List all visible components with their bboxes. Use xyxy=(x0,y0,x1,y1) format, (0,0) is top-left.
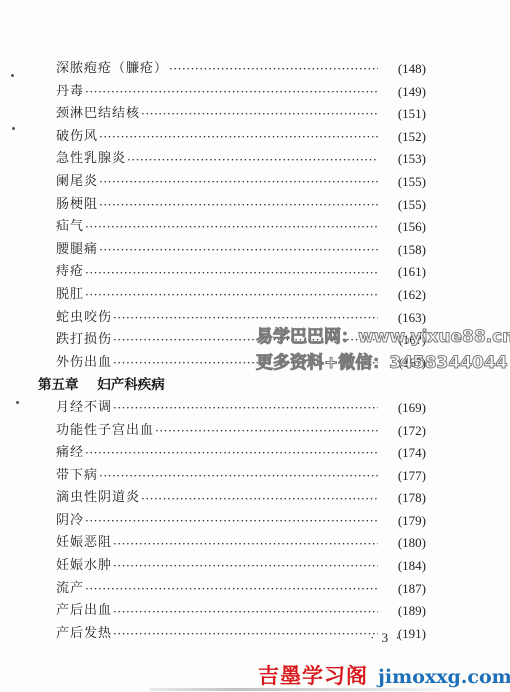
toc-entry-page: (152) xyxy=(382,126,426,149)
toc-entry-title: 破伤风 xyxy=(56,126,98,149)
dot-leader xyxy=(85,510,378,532)
toc-entry-title: 滴虫性阴道炎 xyxy=(56,487,140,510)
toc-entry-title: 急性乳腺炎 xyxy=(56,148,126,171)
toc-entry-page: (174) xyxy=(382,442,426,465)
dot-leader xyxy=(99,171,378,193)
toc-entry[interactable]: 阑尾炎 (155) xyxy=(56,171,426,194)
toc-entry-title: 阑尾炎 xyxy=(56,171,98,194)
toc-entry[interactable]: 疝气 (156) xyxy=(56,216,426,239)
toc-entry-page: (178) xyxy=(382,487,426,510)
toc-entry[interactable]: 带下病 (177) xyxy=(56,465,426,488)
toc-entry-title: 妊娠水肿 xyxy=(56,555,112,578)
dot-leader xyxy=(85,578,378,600)
toc-entry[interactable]: 肠梗阻 (155) xyxy=(56,194,426,217)
toc-entry-page: (156) xyxy=(382,216,426,239)
toc-entry[interactable]: 深脓疱疮（臁疮） (148) xyxy=(56,58,426,81)
dot-leader xyxy=(99,126,378,148)
toc-entry-page: (169) xyxy=(382,397,426,420)
watermark-line-1: 易学巴巴网：www.yixue88.cn xyxy=(256,322,510,347)
toc-entry-title: 腰腿痛 xyxy=(56,239,98,262)
toc-entry-page: (179) xyxy=(382,510,426,533)
dot-leader xyxy=(113,623,378,645)
toc-entry[interactable]: 痛经 (174) xyxy=(56,442,426,465)
toc-entry-page: (151) xyxy=(382,103,426,126)
dot-leader xyxy=(85,216,378,238)
dot-leader xyxy=(85,442,378,464)
dot-leader xyxy=(99,194,378,216)
toc-entry[interactable]: 急性乳腺炎 (153) xyxy=(56,148,426,171)
toc-entry-title: 颈淋巴结结核 xyxy=(56,103,140,126)
scan-speck xyxy=(11,74,14,77)
toc-entry-title: 蛇虫咬伤 xyxy=(56,307,112,330)
brand-watermark: 吉墨学习阁 jimoxxg.com xyxy=(258,660,510,690)
toc-entry[interactable]: 流产 (187) xyxy=(56,578,426,601)
toc-entry-title: 跌打损伤 xyxy=(56,329,112,352)
toc-entry[interactable]: 颈淋巴结结核 (151) xyxy=(56,103,426,126)
brand-url: jimoxxg.com xyxy=(378,666,510,688)
toc-entry[interactable]: 脱肛 (162) xyxy=(56,284,426,307)
toc-entry-title: 产后发热 xyxy=(56,623,112,646)
dot-leader xyxy=(85,262,378,284)
toc-entry[interactable]: 阴冷 (179) xyxy=(56,510,426,533)
dot-leader xyxy=(113,397,378,419)
toc-entry-page: (177) xyxy=(382,465,426,488)
brand-name: 吉墨学习阁 xyxy=(258,660,368,690)
document-page: 深脓疱疮（臁疮） (148) 丹毒 (149) 颈淋巴结结核 (151) 破伤风… xyxy=(0,0,510,692)
dot-leader xyxy=(99,465,378,487)
toc-entry[interactable]: 腰腿痛 (158) xyxy=(56,239,426,262)
toc-entry-page: (162) xyxy=(382,284,426,307)
toc-entry-title: 流产 xyxy=(56,578,84,601)
watermark-line-2: 更多资料+微信：3458344044 xyxy=(256,348,508,373)
toc-entry-title: 阴冷 xyxy=(56,510,84,533)
toc-entry-page: (155) xyxy=(382,194,426,217)
chapter-heading[interactable]: 第五章 妇产科疾病 xyxy=(38,374,426,397)
toc-entry-page: (180) xyxy=(382,532,426,555)
toc-entry[interactable]: 妊娠恶阻 (180) xyxy=(56,532,426,555)
toc-entry-title: 痛经 xyxy=(56,442,84,465)
toc-entry[interactable]: 功能性子宫出血 (172) xyxy=(56,420,426,443)
toc-entry-title: 外伤出血 xyxy=(56,352,112,375)
toc-entry-title: 月经不调 xyxy=(56,397,112,420)
dot-leader xyxy=(155,420,378,442)
dot-leader xyxy=(113,555,378,577)
dot-leader xyxy=(85,284,378,306)
toc-entry-page: (155) xyxy=(382,171,426,194)
toc-entry[interactable]: 痔疮 (161) xyxy=(56,261,426,284)
dot-leader xyxy=(141,488,378,510)
toc-entry-page: (184) xyxy=(382,555,426,578)
dot-leader xyxy=(85,81,378,103)
toc-entry-title: 痔疮 xyxy=(56,261,84,284)
toc-entry-title: 妊娠恶阻 xyxy=(56,532,112,555)
toc-entry[interactable]: 破伤风 (152) xyxy=(56,126,426,149)
dot-leader xyxy=(141,103,378,125)
scan-speck xyxy=(12,127,15,130)
toc-entry-title: 疝气 xyxy=(56,216,84,239)
toc-entry-title: 产后出血 xyxy=(56,600,112,623)
chapter-number: 第五章 xyxy=(38,377,79,393)
dot-leader xyxy=(113,601,378,623)
toc-entry[interactable]: 产后出血 (189) xyxy=(56,600,426,623)
toc-entry-page: (187) xyxy=(382,578,426,601)
toc-entry-title: 带下病 xyxy=(56,465,98,488)
toc-entry[interactable]: 丹毒 (149) xyxy=(56,81,426,104)
toc-entry-page: (153) xyxy=(382,148,426,171)
toc-entry-title: 深脓疱疮（臁疮） xyxy=(56,58,168,81)
toc-entry-title: 功能性子宫出血 xyxy=(56,420,154,443)
toc-entry-title: 丹毒 xyxy=(56,81,84,104)
toc-entry[interactable]: 滴虫性阴道炎 (178) xyxy=(56,487,426,510)
toc-entry-title: 脱肛 xyxy=(56,284,84,307)
page-number: · 3 · xyxy=(370,630,402,646)
scan-speck xyxy=(16,401,19,404)
toc-entry-page: (189) xyxy=(382,600,426,623)
toc-entry-page: (149) xyxy=(382,81,426,104)
dot-leader xyxy=(99,239,378,261)
scan-edge-artifact xyxy=(150,688,440,691)
toc-entry[interactable]: 妊娠水肿 (184) xyxy=(56,555,426,578)
dot-leader xyxy=(113,533,378,555)
toc-entry-page: (161) xyxy=(382,261,426,284)
toc-entry-title: 肠梗阻 xyxy=(56,194,98,217)
toc-entry-page: (158) xyxy=(382,239,426,262)
chapter-title: 妇产科疾病 xyxy=(97,377,165,393)
dot-leader xyxy=(169,58,378,80)
toc-entry-page: (148) xyxy=(382,58,426,81)
dot-leader xyxy=(127,149,378,171)
toc-entry-page: (172) xyxy=(382,420,426,443)
toc-entry[interactable]: 月经不调 (169) xyxy=(56,397,426,420)
